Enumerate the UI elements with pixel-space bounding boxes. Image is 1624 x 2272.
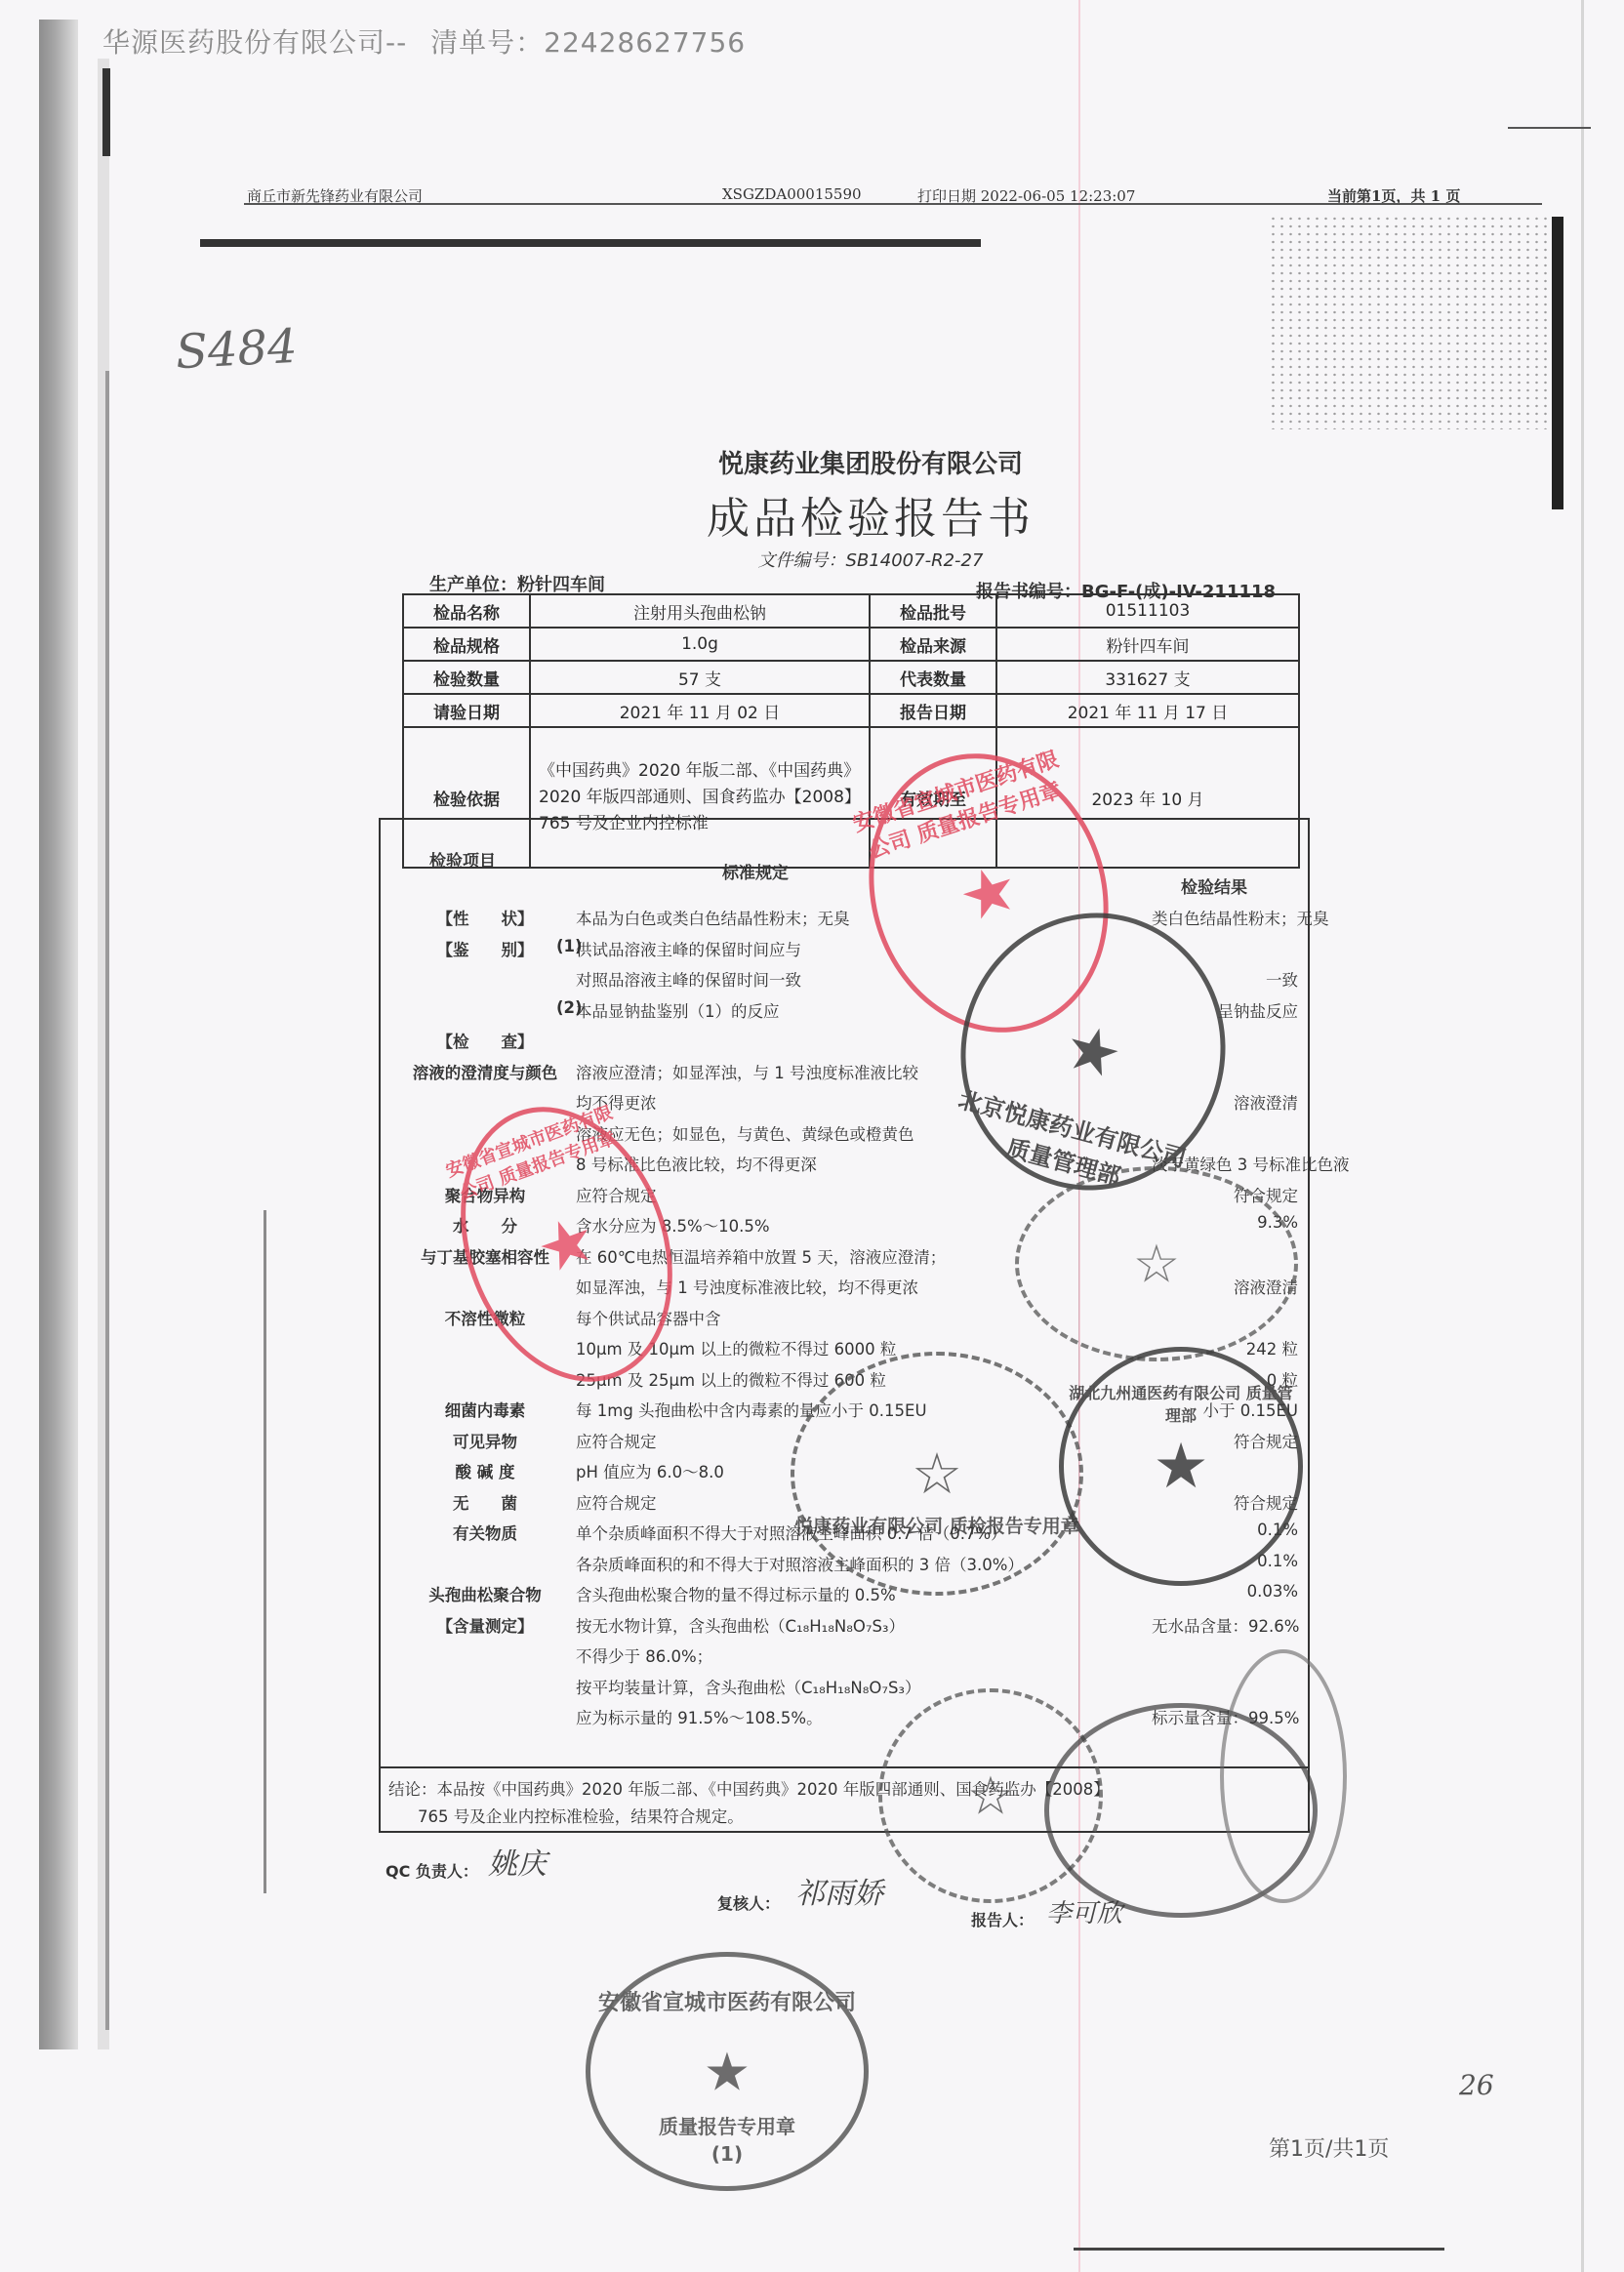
col-header-result: 检验结果 — [1181, 873, 1247, 898]
list-label: 清单号： — [430, 26, 544, 59]
info-value: 1.0g — [530, 628, 870, 661]
info-label: 检品名称 — [403, 594, 530, 628]
gray-stamp-hubei: ★ 湖北九州通医药有限公司 质量管理部 — [1059, 1347, 1303, 1586]
col-header-item: 检验项目 — [429, 847, 496, 872]
result-item: 【鉴 别】 — [402, 937, 568, 960]
star-icon: ☆ — [1133, 1234, 1180, 1295]
result-value: 类白色结晶性粉末；无臭 — [1152, 906, 1298, 929]
result-standard: 对照品溶液主峰的保留时间一致 — [576, 967, 801, 991]
scan-artifact-bar — [102, 68, 110, 156]
stamp-text: 湖北九州通医药有限公司 质量管理部 — [1064, 1381, 1298, 1426]
reporter-label: 报告人： — [971, 1908, 1034, 1930]
star-icon: ☆ — [967, 1765, 1014, 1827]
result-standard: 应符合规定 — [576, 1429, 657, 1452]
qc-signature: 姚庆 — [488, 1840, 547, 1883]
star-icon: ★ — [527, 1199, 607, 1290]
info-label: 检品来源 — [870, 628, 996, 661]
result-item: 【检 查】 — [402, 1029, 568, 1052]
stamp-company: 安徽省宣城市医药有限公司 — [590, 1986, 864, 2016]
info-value: 331627 支 — [996, 661, 1299, 694]
conclusion-line-2: 765 号及企业内控标准检验，结果符合规定。 — [418, 1804, 744, 1827]
bottom-quality-stamp: 安徽省宣城市医药有限公司 ★ 质量报告专用章 (1) — [586, 1952, 869, 2191]
info-value: 注射用头孢曲松钠 — [530, 594, 870, 628]
result-item: 无 菌 — [402, 1490, 568, 1514]
info-label: 代表数量 — [870, 661, 996, 694]
stamp-label: 质量报告专用章 — [590, 2111, 864, 2139]
col-header-standard: 标准规定 — [722, 859, 789, 883]
result-item: 有关物质 — [402, 1521, 568, 1544]
info-value: 粉针四车间 — [996, 628, 1299, 661]
divider — [244, 203, 1542, 205]
info-row: 请验日期2021 年 11 月 02 日报告日期2021 年 11 月 17 日 — [403, 694, 1299, 727]
scan-header: 华源医药股份有限公司-- 清单号：22428627756 — [102, 21, 746, 61]
result-standard: 按无水物计算，含头孢曲松（C₁₈H₁₈N₈O₇S₃） — [576, 1613, 905, 1637]
result-item: 可见异物 — [402, 1429, 568, 1452]
qc-label: QC 负责人： — [386, 1859, 478, 1882]
result-standard: 按平均装量计算，含头孢曲松（C₁₈H₁₈N₈O₇S₃） — [576, 1675, 921, 1698]
info-value: 2021 年 11 月 02 日 — [530, 694, 870, 727]
result-item: 【含量测定】 — [402, 1613, 568, 1637]
result-standard: 溶液应澄清；如显浑浊，与 1 号浊度标准液比较 — [576, 1060, 918, 1083]
scan-edge-shadow — [39, 20, 78, 2049]
info-row: 检品规格1.0g检品来源粉针四车间 — [403, 628, 1299, 661]
order-number: XSGZDA00015590 — [722, 185, 862, 203]
reviewer-signature: 祁雨娇 — [795, 1869, 883, 1912]
info-label: 检品批号 — [870, 594, 996, 628]
scan-artifact-line — [105, 371, 109, 2030]
result-standard: 应为标示量的 91.5%～108.5%。 — [576, 1705, 823, 1728]
stamp-sub: (1) — [590, 2142, 864, 2166]
star-icon: ★ — [1153, 1431, 1208, 1503]
star-icon: ★ — [1057, 1009, 1130, 1093]
result-standard: 应符合规定 — [576, 1490, 657, 1514]
scan-artifact-line — [1508, 127, 1591, 129]
result-item: 细菌内毒素 — [402, 1398, 568, 1421]
star-icon: ★ — [704, 2041, 751, 2102]
scan-noise — [1269, 215, 1562, 429]
info-value: 57 支 — [530, 661, 870, 694]
stamp-text: 悦康药业有限公司 质检报告专用章 — [794, 1512, 1079, 1538]
report-company: 悦康药业集团股份有限公司 — [0, 444, 1624, 480]
distributor-name: 华源医药股份有限公司-- — [102, 26, 407, 59]
info-label: 请验日期 — [403, 694, 530, 727]
info-row: 检验数量57 支代表数量331627 支 — [403, 661, 1299, 694]
info-label: 报告日期 — [870, 694, 996, 727]
page-footer: 第1页/共1页 — [1269, 2132, 1389, 2163]
gray-stamp-edge — [1220, 1649, 1347, 1903]
info-row: 检品名称注射用头孢曲松钠检品批号01511103 — [403, 594, 1299, 628]
result-item: 【性 状】 — [402, 906, 568, 929]
reviewer-label: 复核人： — [717, 1891, 780, 1914]
result-standard: 供试品溶液主峰的保留时间应与 — [576, 937, 801, 960]
report-title: 成品检验报告书 — [0, 483, 1624, 546]
result-standard: pH 值应为 6.0～8.0 — [576, 1459, 724, 1482]
corner-mark: 26 — [1459, 2069, 1494, 2101]
result-item: 头孢曲松聚合物 — [402, 1582, 568, 1605]
result-value: 无水品含量：92.6% — [1152, 1613, 1298, 1637]
result-standard: 本品为白色或类白色结晶性粉末；无臭 — [576, 906, 850, 929]
list-number: 22428627756 — [544, 26, 746, 59]
scan-artifact-line — [1074, 2248, 1444, 2251]
info-label: 检验数量 — [403, 661, 530, 694]
star-icon: ☆ — [912, 1440, 962, 1507]
scan-artifact-bar — [200, 239, 981, 247]
document-number: 文件编号：SB14007-R2-27 — [0, 547, 1624, 572]
result-item: 酸 碱 度 — [402, 1459, 568, 1482]
star-icon: ★ — [950, 848, 1028, 938]
info-value: 2021 年 11 月 17 日 — [996, 694, 1299, 727]
handwritten-note: S484 — [175, 319, 299, 380]
result-standard: 不得少于 86.0%； — [576, 1643, 712, 1667]
result-standard: 本品显钠盐鉴别（1）的反应 — [576, 998, 780, 1022]
result-standard: 含头孢曲松聚合物的量不得过标示量的 0.5% — [576, 1582, 896, 1605]
page-edge — [1581, 0, 1584, 2272]
info-label: 检品规格 — [403, 628, 530, 661]
scan-artifact-line — [264, 1210, 266, 1893]
gray-stamp-qc-report: ☆ 悦康药业有限公司 质检报告专用章 — [791, 1352, 1083, 1596]
info-value: 01511103 — [996, 594, 1299, 628]
gray-stamp-dashed: ☆ — [1015, 1166, 1298, 1361]
result-item: 溶液的澄清度与颜色 — [402, 1060, 568, 1083]
